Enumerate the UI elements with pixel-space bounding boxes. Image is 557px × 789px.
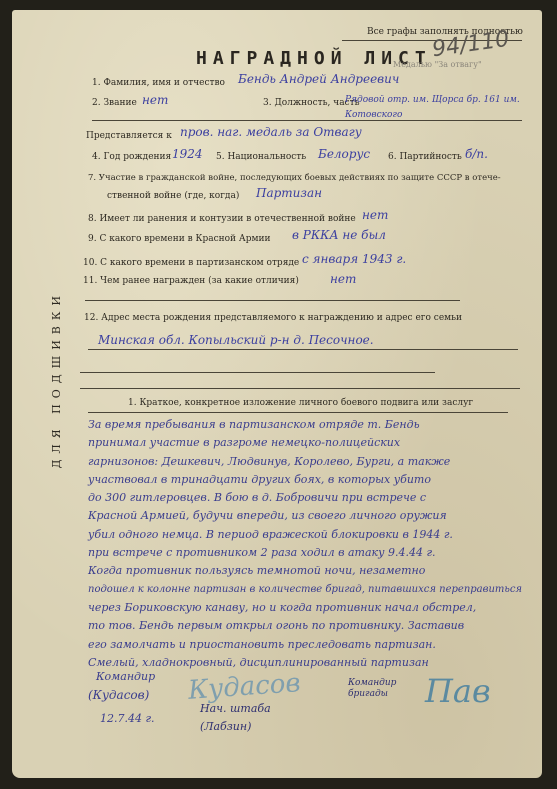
field-label-birth-year: 4. Год рождения bbox=[92, 152, 171, 162]
divider bbox=[85, 300, 460, 301]
brigade-commander-label: Командир бригады bbox=[348, 678, 418, 700]
narrative-line: при встрече с противником 2 раза ходил в… bbox=[88, 544, 528, 562]
narrative-line: до 300 гитлеровцев. В бою в д. Бобровичи… bbox=[88, 489, 528, 507]
field-label-war-participation: 7. Участие в гражданской войне, последую… bbox=[88, 173, 501, 183]
divider bbox=[92, 120, 522, 121]
field-label-nationality: 5. Национальность bbox=[216, 152, 306, 162]
divider bbox=[80, 372, 435, 373]
field-value-party: б/п. bbox=[465, 147, 488, 161]
narrative-line: то тов. Бендь первым открыл огонь по про… bbox=[88, 617, 528, 635]
narrative-line: через Бориковскую канаву, но и когда про… bbox=[88, 599, 528, 617]
field-value-war-participation: Партизан bbox=[256, 186, 322, 200]
field-value-birth-year: 1924 bbox=[172, 147, 203, 161]
field-value-prior-awards: нет bbox=[330, 272, 356, 286]
divider bbox=[88, 412, 508, 413]
narrative: За время пребывания в партизанском отряд… bbox=[88, 416, 528, 672]
field-value-position: Рядовой отр. им. Щорса бр. 161 им. Котов… bbox=[345, 93, 525, 123]
narrative-line: Красной Армией, будучи впереди, из своег… bbox=[88, 507, 528, 525]
narrative-line: подошел к колонне партизан в количестве … bbox=[88, 581, 528, 599]
field-label-partisan-since: 10. С какого времени в партизанском отря… bbox=[83, 258, 299, 268]
commander-name: (Кудасов) bbox=[88, 688, 149, 702]
narrative-line: гарнизонов: Дешкевич, Людвинув, Королево… bbox=[88, 453, 528, 471]
field-value-partisan-since: с января 1943 г. bbox=[302, 252, 406, 266]
narrative-line: его замолчать и приостановить преследова… bbox=[88, 636, 528, 654]
narrative-line: принимал участие в разгроме немецко-поли… bbox=[88, 434, 528, 452]
section-title-feat: 1. Краткое, конкретное изложение личного… bbox=[128, 398, 473, 408]
commander-title: Командир bbox=[96, 670, 155, 683]
narrative-line: участвовал в тринадцати других боях, в к… bbox=[88, 471, 528, 489]
field-label-rank: 2. Звание bbox=[92, 98, 137, 108]
narrative-line: убил одного немца. В период вражеской бл… bbox=[88, 526, 528, 544]
field-label-war-participation-2: ственной войне (где, когда) bbox=[107, 191, 239, 201]
field-value-rank: нет bbox=[142, 93, 168, 107]
field-label-red-army: 9. С какого времени в Красной Армии bbox=[88, 234, 270, 244]
field-label-wounds: 8. Имеет ли ранения и контузии в отечест… bbox=[88, 214, 356, 224]
field-value-red-army: в РККА не был bbox=[292, 228, 386, 242]
field-value-address: Минская обл. Копыльский р-н д. Песочное. bbox=[98, 333, 374, 347]
chief-of-staff-title: Нач. штаба bbox=[200, 702, 271, 715]
field-label-nominated: Представляется к bbox=[86, 131, 172, 141]
field-label-address: 12. Адрес места рождения представляемого… bbox=[84, 313, 462, 323]
divider bbox=[88, 349, 518, 350]
field-value-nationality: Белорус bbox=[318, 147, 370, 161]
chief-of-staff-name: (Лабзин) bbox=[200, 720, 251, 733]
sign-date: 12.7.44 г. bbox=[100, 712, 155, 725]
narrative-line: Когда противник пользуясь темнотой ночи,… bbox=[88, 562, 528, 580]
field-value-nominated: пров. наг. медаль за Отвагу bbox=[180, 125, 362, 139]
narrative-line: За время пребывания в партизанском отряд… bbox=[88, 416, 528, 434]
field-label-party: 6. Партийность bbox=[388, 152, 462, 162]
divider bbox=[80, 388, 520, 389]
brigade-commander-signature: Пав bbox=[425, 672, 491, 710]
field-value-wounds: нет bbox=[362, 208, 388, 222]
side-label-for-binding: ДЛЯ ПОДШИВКИ bbox=[50, 290, 63, 468]
field-value-name: Бендь Андрей Андреевич bbox=[238, 72, 399, 86]
field-label-name: 1. Фамилия, имя и отчество bbox=[92, 78, 225, 88]
field-label-prior-awards: 11. Чем ранее награжден (за какие отличи… bbox=[83, 276, 299, 286]
